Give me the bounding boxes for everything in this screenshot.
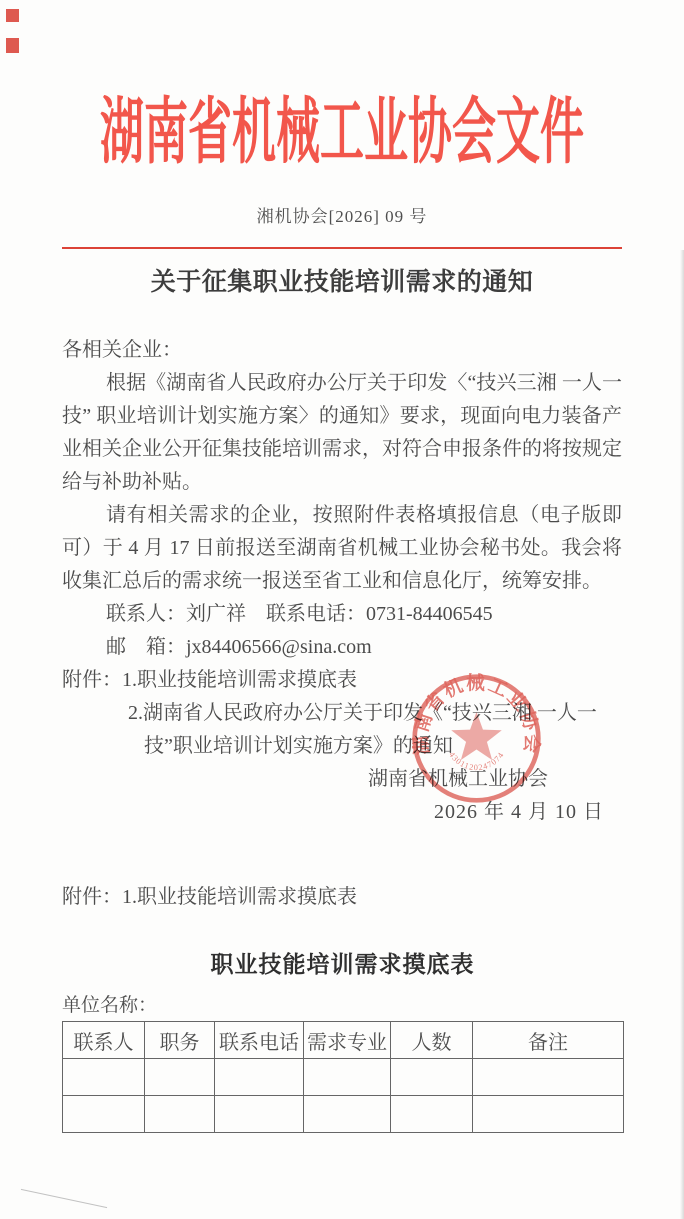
empty-cell — [145, 1096, 215, 1133]
header-cell-contact: 联系人 — [63, 1022, 145, 1059]
empty-cell — [391, 1096, 473, 1133]
contact-line: 联系人：刘广祥 联系电话：0731-84406545 — [62, 598, 622, 631]
organization-masthead: 湖南省机械工业协会文件 — [0, 102, 684, 168]
table-row — [63, 1096, 624, 1133]
header-cell-headcount: 人数 — [391, 1022, 473, 1059]
empty-cell — [473, 1096, 624, 1133]
salutation: 各相关企业： — [62, 334, 622, 367]
header-cell-position: 职务 — [145, 1022, 215, 1059]
registration-mark-top — [6, 9, 19, 22]
table-header-row: 联系人 职务 联系电话 需求专业 人数 备注 — [63, 1022, 624, 1059]
empty-cell — [304, 1096, 391, 1133]
empty-cell — [304, 1059, 391, 1096]
empty-cell — [215, 1096, 304, 1133]
empty-cell — [63, 1059, 145, 1096]
form-table-title: 职业技能培训需求摸底表 — [62, 946, 623, 979]
empty-cell — [145, 1059, 215, 1096]
attachment-section-heading: 附件：1.职业技能培训需求摸底表 — [62, 884, 623, 910]
training-needs-table: 联系人 职务 联系电话 需求专业 人数 备注 — [62, 1021, 624, 1133]
scan-crease-line — [21, 1189, 107, 1208]
seal-star-icon — [451, 712, 502, 760]
seal-code-text: 4301120247074 — [447, 750, 506, 772]
header-cell-specialty: 需求专业 — [304, 1022, 391, 1059]
organization-masthead-text: 湖南省机械工业协会文件 — [100, 89, 584, 175]
attachment-form-section: 附件：1.职业技能培训需求摸底表 职业技能培训需求摸底表 单位名称： 联系人 职… — [62, 884, 623, 1133]
registration-mark-bottom — [6, 38, 19, 53]
paragraph-1: 根据《湖南省人民政府办公厅关于印发〈“技兴三湘 一人一技” 职业培训计划实施方案… — [62, 367, 622, 499]
document-page: 湖南省机械工业协会文件 湘机协会[2026] 09 号 关于征集职业技能培训需求… — [0, 0, 684, 1219]
header-cell-phone: 联系电话 — [215, 1022, 304, 1059]
notice-title: 关于征集职业技能培训需求的通知 — [0, 266, 684, 300]
page-edge-shadow — [680, 250, 684, 1219]
document-number: 湘机协会[2026] 09 号 — [0, 206, 684, 228]
table-row — [63, 1059, 624, 1096]
empty-cell — [63, 1096, 145, 1133]
svg-text:4301120247074: 4301120247074 — [447, 750, 506, 772]
header-cell-remarks: 备注 — [473, 1022, 624, 1059]
empty-cell — [473, 1059, 624, 1096]
official-seal: 湖南省机械工业协会 4301120247074 — [410, 672, 543, 805]
empty-cell — [215, 1059, 304, 1096]
empty-cell — [391, 1059, 473, 1096]
unit-name-label: 单位名称： — [62, 994, 623, 1018]
email-line: 邮 箱：jx84406566@sina.com — [62, 631, 622, 664]
masthead-divider-rule — [62, 247, 622, 249]
paragraph-2: 请有相关需求的企业，按照附件表格填报信息（电子版即可）于 4 月 17 日前报送… — [62, 499, 622, 598]
